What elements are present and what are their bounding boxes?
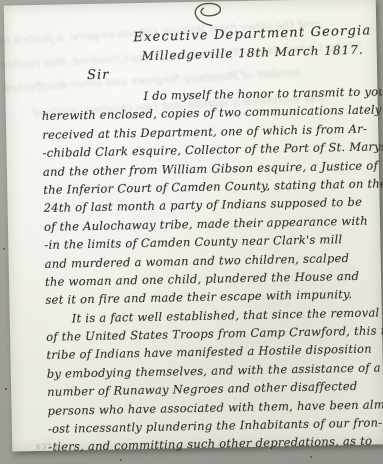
letter-body: I do myself the honor to transmit to you…: [41, 83, 378, 457]
header-date-line: Milledgeville 18th March 1817.: [133, 42, 373, 63]
salutation: Sir: [87, 68, 110, 83]
dust-speck: [5, 388, 7, 390]
scanned-letter-image: and the other from William Gibson esquir…: [0, 0, 383, 464]
archive-number: 6326: [36, 443, 58, 451]
dust-speck: [120, 459, 122, 461]
dust-speck: [310, 456, 312, 458]
letter-page: and the other from William Gibson esquir…: [4, 0, 383, 452]
ink-flourish-icon: [182, 1, 238, 28]
header-department-line: Executive Department Georgia: [132, 23, 372, 45]
dust-speck: [3, 248, 5, 250]
letter-header: Executive Department Georgia Milledgevil…: [132, 25, 373, 63]
